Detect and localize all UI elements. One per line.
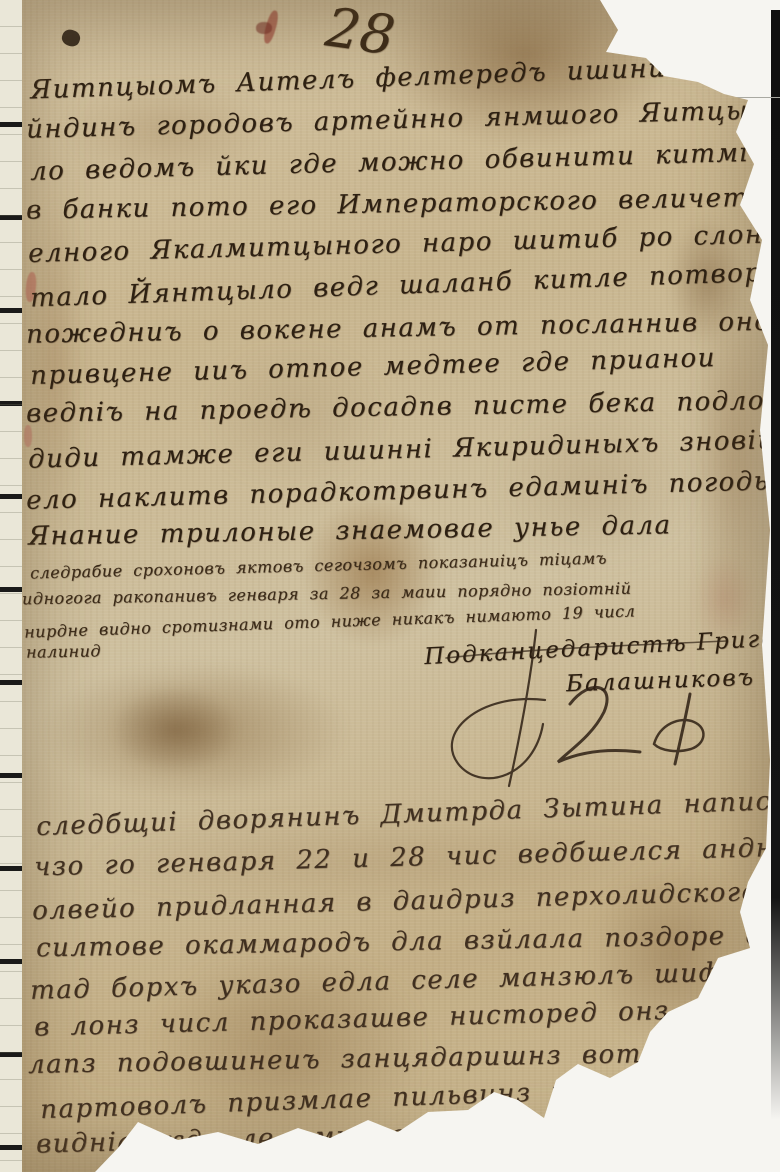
paper-vignette [0,0,780,1172]
binding-ruler-strip [0,0,23,1172]
scan-edge-strip [771,10,780,1120]
manuscript-scan: 28 Яитпцыомъ Аителъ фелтередъ ишинич п с… [0,0,780,1172]
paper-sheet: 28 Яитпцыомъ Аителъ фелтередъ ишинич п с… [0,0,780,1172]
